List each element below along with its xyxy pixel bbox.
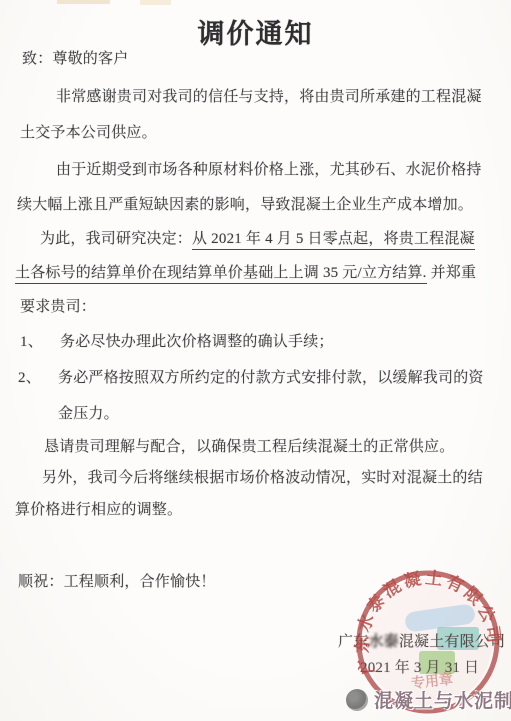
list-item-2-line-2: 金压力。 xyxy=(58,402,119,423)
paragraph-5-line-1: 另外，我司今后将继续根据市场价格波动情况，实时对混凝土的结 xyxy=(42,466,483,487)
decision-underlined-1: 从 2021 年 4 月 5 日零点起，将贵工程混凝 xyxy=(192,231,475,250)
list-item-1-text: 务必尽快办理此次价格调整的确认手续； xyxy=(60,334,334,350)
salutation: 致：尊敬的客户 xyxy=(22,47,128,68)
page-title: 调价通知 xyxy=(198,12,314,51)
paragraph-3-line-1: 为此，我司研究决定：从 2021 年 4 月 5 日零点起，将贵工程混凝 xyxy=(40,227,475,248)
paragraph-1-line-2: 土交予本公司供应。 xyxy=(20,121,157,142)
decision-underlined-2: 土各标号的结算单价在现结算单价基础上上调 35 元/立方结算. xyxy=(15,265,427,284)
photo-artifact-strip xyxy=(140,0,171,5)
decision-prefix: 为此，我司研究决定： xyxy=(40,231,192,247)
document-photo: 调价通知 致：尊敬的客户 非常感谢贵司对我司的信任与支持，将由贵司所承建的工程混… xyxy=(0,0,511,721)
list-item-1: 1、务必尽快办理此次价格调整的确认手续； xyxy=(20,330,334,351)
paragraph-3-line-3: 要求贵司： xyxy=(20,295,96,316)
site-watermark-text: 混凝土与水泥制品网 xyxy=(374,686,511,713)
list-item-2-text: 务必严格按照双方所约定的付款方式安排付款，以缓解我司的资 xyxy=(58,370,484,386)
list-item-2-line-1: 2、务必严格按照双方所约定的付款方式安排付款，以缓解我司的资 xyxy=(18,366,484,387)
list-item-2-marker: 2、 xyxy=(18,366,58,387)
site-watermark: 混凝土与水泥制品网 xyxy=(346,686,511,713)
site-logo-icon xyxy=(346,689,368,711)
paragraph-2-line-1: 由于近期受到市场各种原材料价格上涨，尤其砂石、水泥价格持 xyxy=(56,158,482,179)
paragraph-2-line-2: 续大幅上涨且严重短缺因素的影响，导致混凝土企业生产成本增加。 xyxy=(17,193,473,214)
paragraph-4: 恳请贵司理解与配合，以确保贵工程后续混凝土的正常供应。 xyxy=(44,435,454,456)
paragraph-3-line-2: 土各标号的结算单价在现结算单价基础上上调 35 元/立方结算. 并郑重 xyxy=(15,261,476,282)
decision-suffix: 并郑重 xyxy=(427,265,477,281)
closing-wish: 顺祝：工程顺利，合作愉快！ xyxy=(18,570,216,591)
list-item-1-marker: 1、 xyxy=(20,330,60,351)
paragraph-5-line-2: 算价格进行相应的调整。 xyxy=(15,498,182,519)
paragraph-1-line-1: 非常感谢贵司对我司的信任与支持，将由贵司所承建的工程混凝 xyxy=(56,85,482,106)
photo-artifact-strip xyxy=(57,0,110,4)
